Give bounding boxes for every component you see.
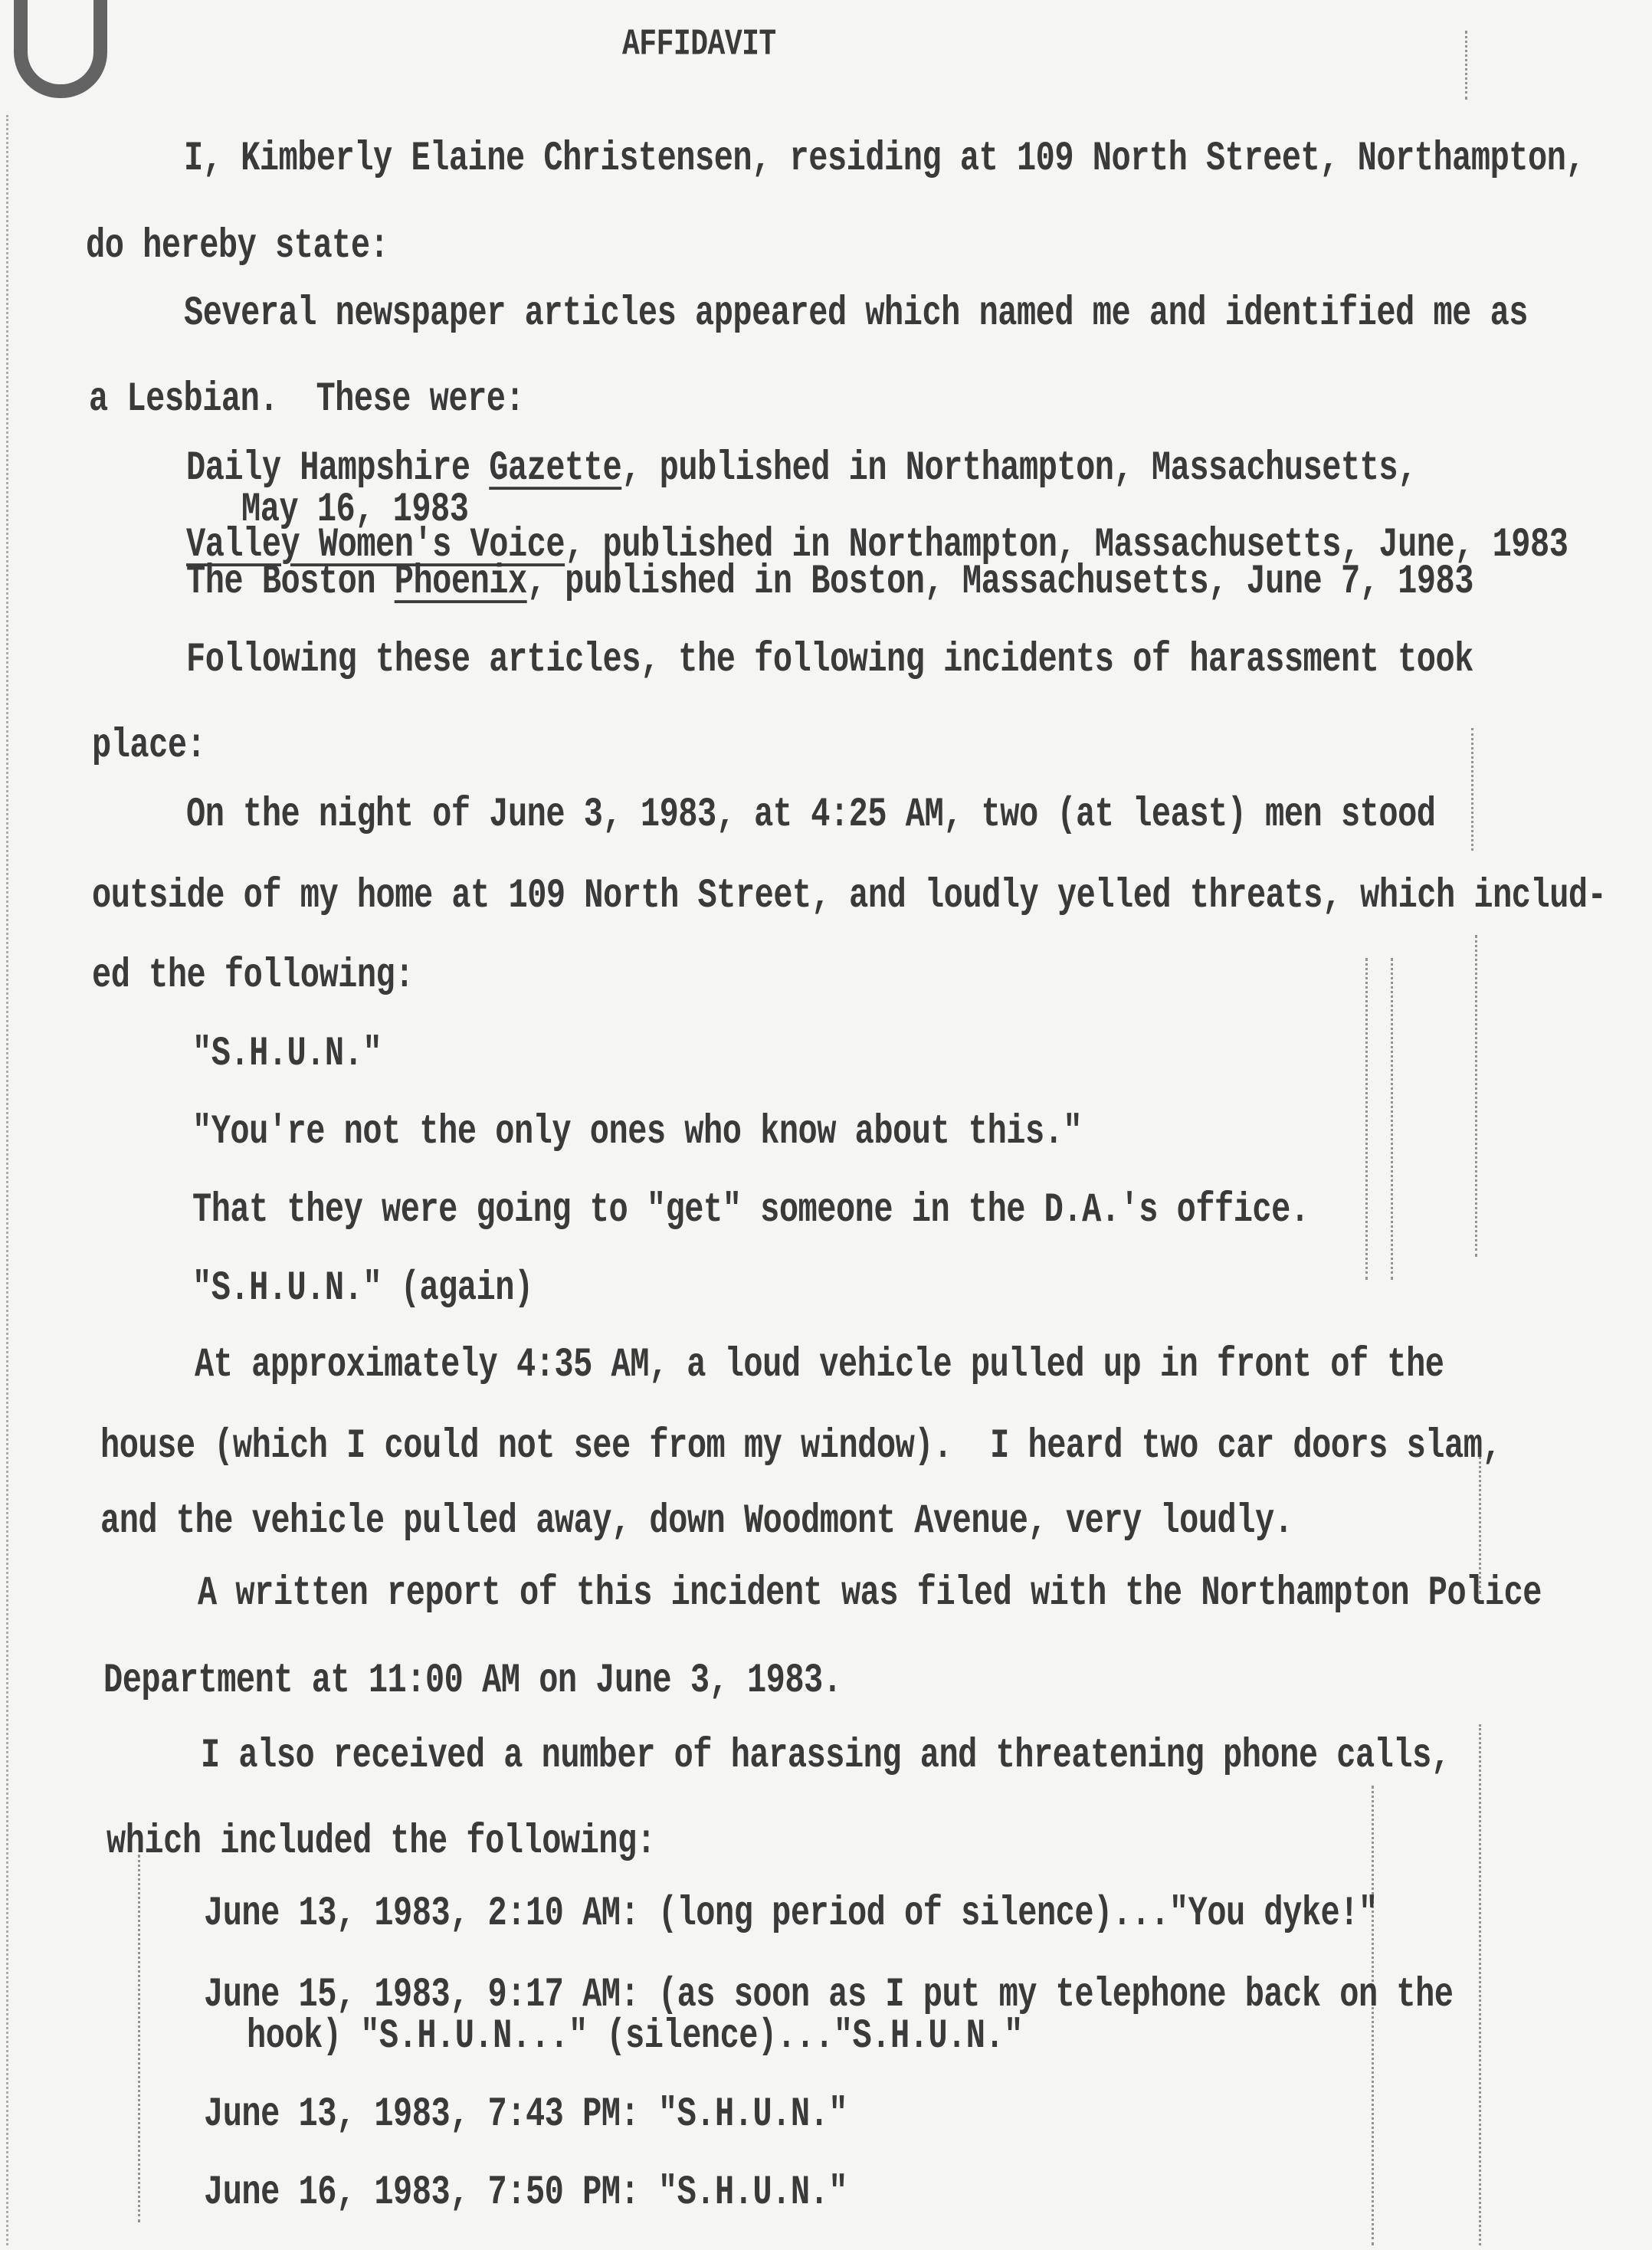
article-item-gazette: Daily Hampshire Gazette, published in No… [186, 448, 1417, 489]
scan-artifact [1365, 958, 1369, 1280]
report-line-1: A written report of this incident was fi… [198, 1573, 1542, 1614]
threat-item: "S.H.U.N." (again) [192, 1268, 533, 1309]
phone-intro-line-1: I also received a number of harassing an… [201, 1735, 1450, 1776]
incidents-intro-line-2: place: [92, 725, 205, 766]
scan-artifact [1465, 31, 1469, 100]
report-line-2: Department at 11:00 AM on June 3, 1983. [103, 1660, 841, 1701]
document-title: AFFIDAVIT [622, 25, 776, 66]
scan-artifact [1471, 728, 1475, 851]
threat-item: "You're not the only ones who know about… [192, 1111, 1082, 1153]
phone-call-item: June 15, 1983, 9:17 AM: (as soon as I pu… [204, 1974, 1453, 2015]
phone-call-item: June 16, 1983, 7:50 PM: "S.H.U.N." [204, 2172, 847, 2213]
scan-artifact [1475, 935, 1479, 1257]
article-name-underlined: Gazette [489, 444, 621, 491]
june3-line-2: outside of my home at 109 North Street, … [92, 875, 1606, 917]
articles-intro-line-1: Several newspaper articles appeared whic… [184, 293, 1528, 334]
scan-artifact-left-edge [6, 115, 10, 2245]
june3-line-1: On the night of June 3, 1983, at 4:25 AM… [186, 794, 1435, 835]
article-item-boston-phoenix: The Boston Phoenix, published in Boston,… [186, 561, 1473, 602]
phone-call-item: June 13, 1983, 7:43 PM: "S.H.U.N." [204, 2094, 847, 2135]
vehicle-line-1: At approximately 4:35 AM, a loud vehicle… [195, 1344, 1444, 1386]
article-details: , published in Boston, Massachusetts, Ju… [527, 558, 1473, 605]
affidavit-page: AFFIDAVIT I, Kimberly Elaine Christensen… [0, 0, 1652, 2250]
article-name-prefix: The Boston [186, 558, 395, 605]
article-name-prefix: Daily Hampshire [186, 444, 489, 491]
phone-call-item: June 13, 1983, 2:10 AM: (long period of … [204, 1893, 1378, 1934]
intro-line-2: do hereby state: [86, 225, 388, 267]
vehicle-line-3: and the vehicle pulled away, down Woodmo… [100, 1501, 1293, 1542]
phone-call-item-continuation: hook) "S.H.U.N..." (silence)..."S.H.U.N.… [247, 2015, 1023, 2057]
incidents-intro-line-1: Following these articles, the following … [186, 639, 1473, 681]
article-name-underlined: Phoenix [395, 558, 527, 605]
phone-intro-line-2: which included the following: [107, 1821, 655, 1862]
vehicle-line-2: house (which I could not see from my win… [100, 1425, 1501, 1467]
june3-line-3: ed the following: [92, 955, 414, 996]
threat-item: That they were going to "get" someone in… [192, 1189, 1309, 1231]
articles-intro-line-2: a Lesbian. These were: [89, 379, 524, 420]
intro-line-1: I, Kimberly Elaine Christensen, residing… [184, 138, 1585, 179]
paper-clip-mark [14, 0, 107, 98]
threat-item: "S.H.U.N." [192, 1033, 382, 1074]
scan-artifact [138, 1855, 142, 2222]
article-details: , published in Northampton, Massachusett… [621, 444, 1417, 491]
scan-artifact [1479, 1724, 1483, 2245]
scan-artifact [1391, 958, 1395, 1280]
